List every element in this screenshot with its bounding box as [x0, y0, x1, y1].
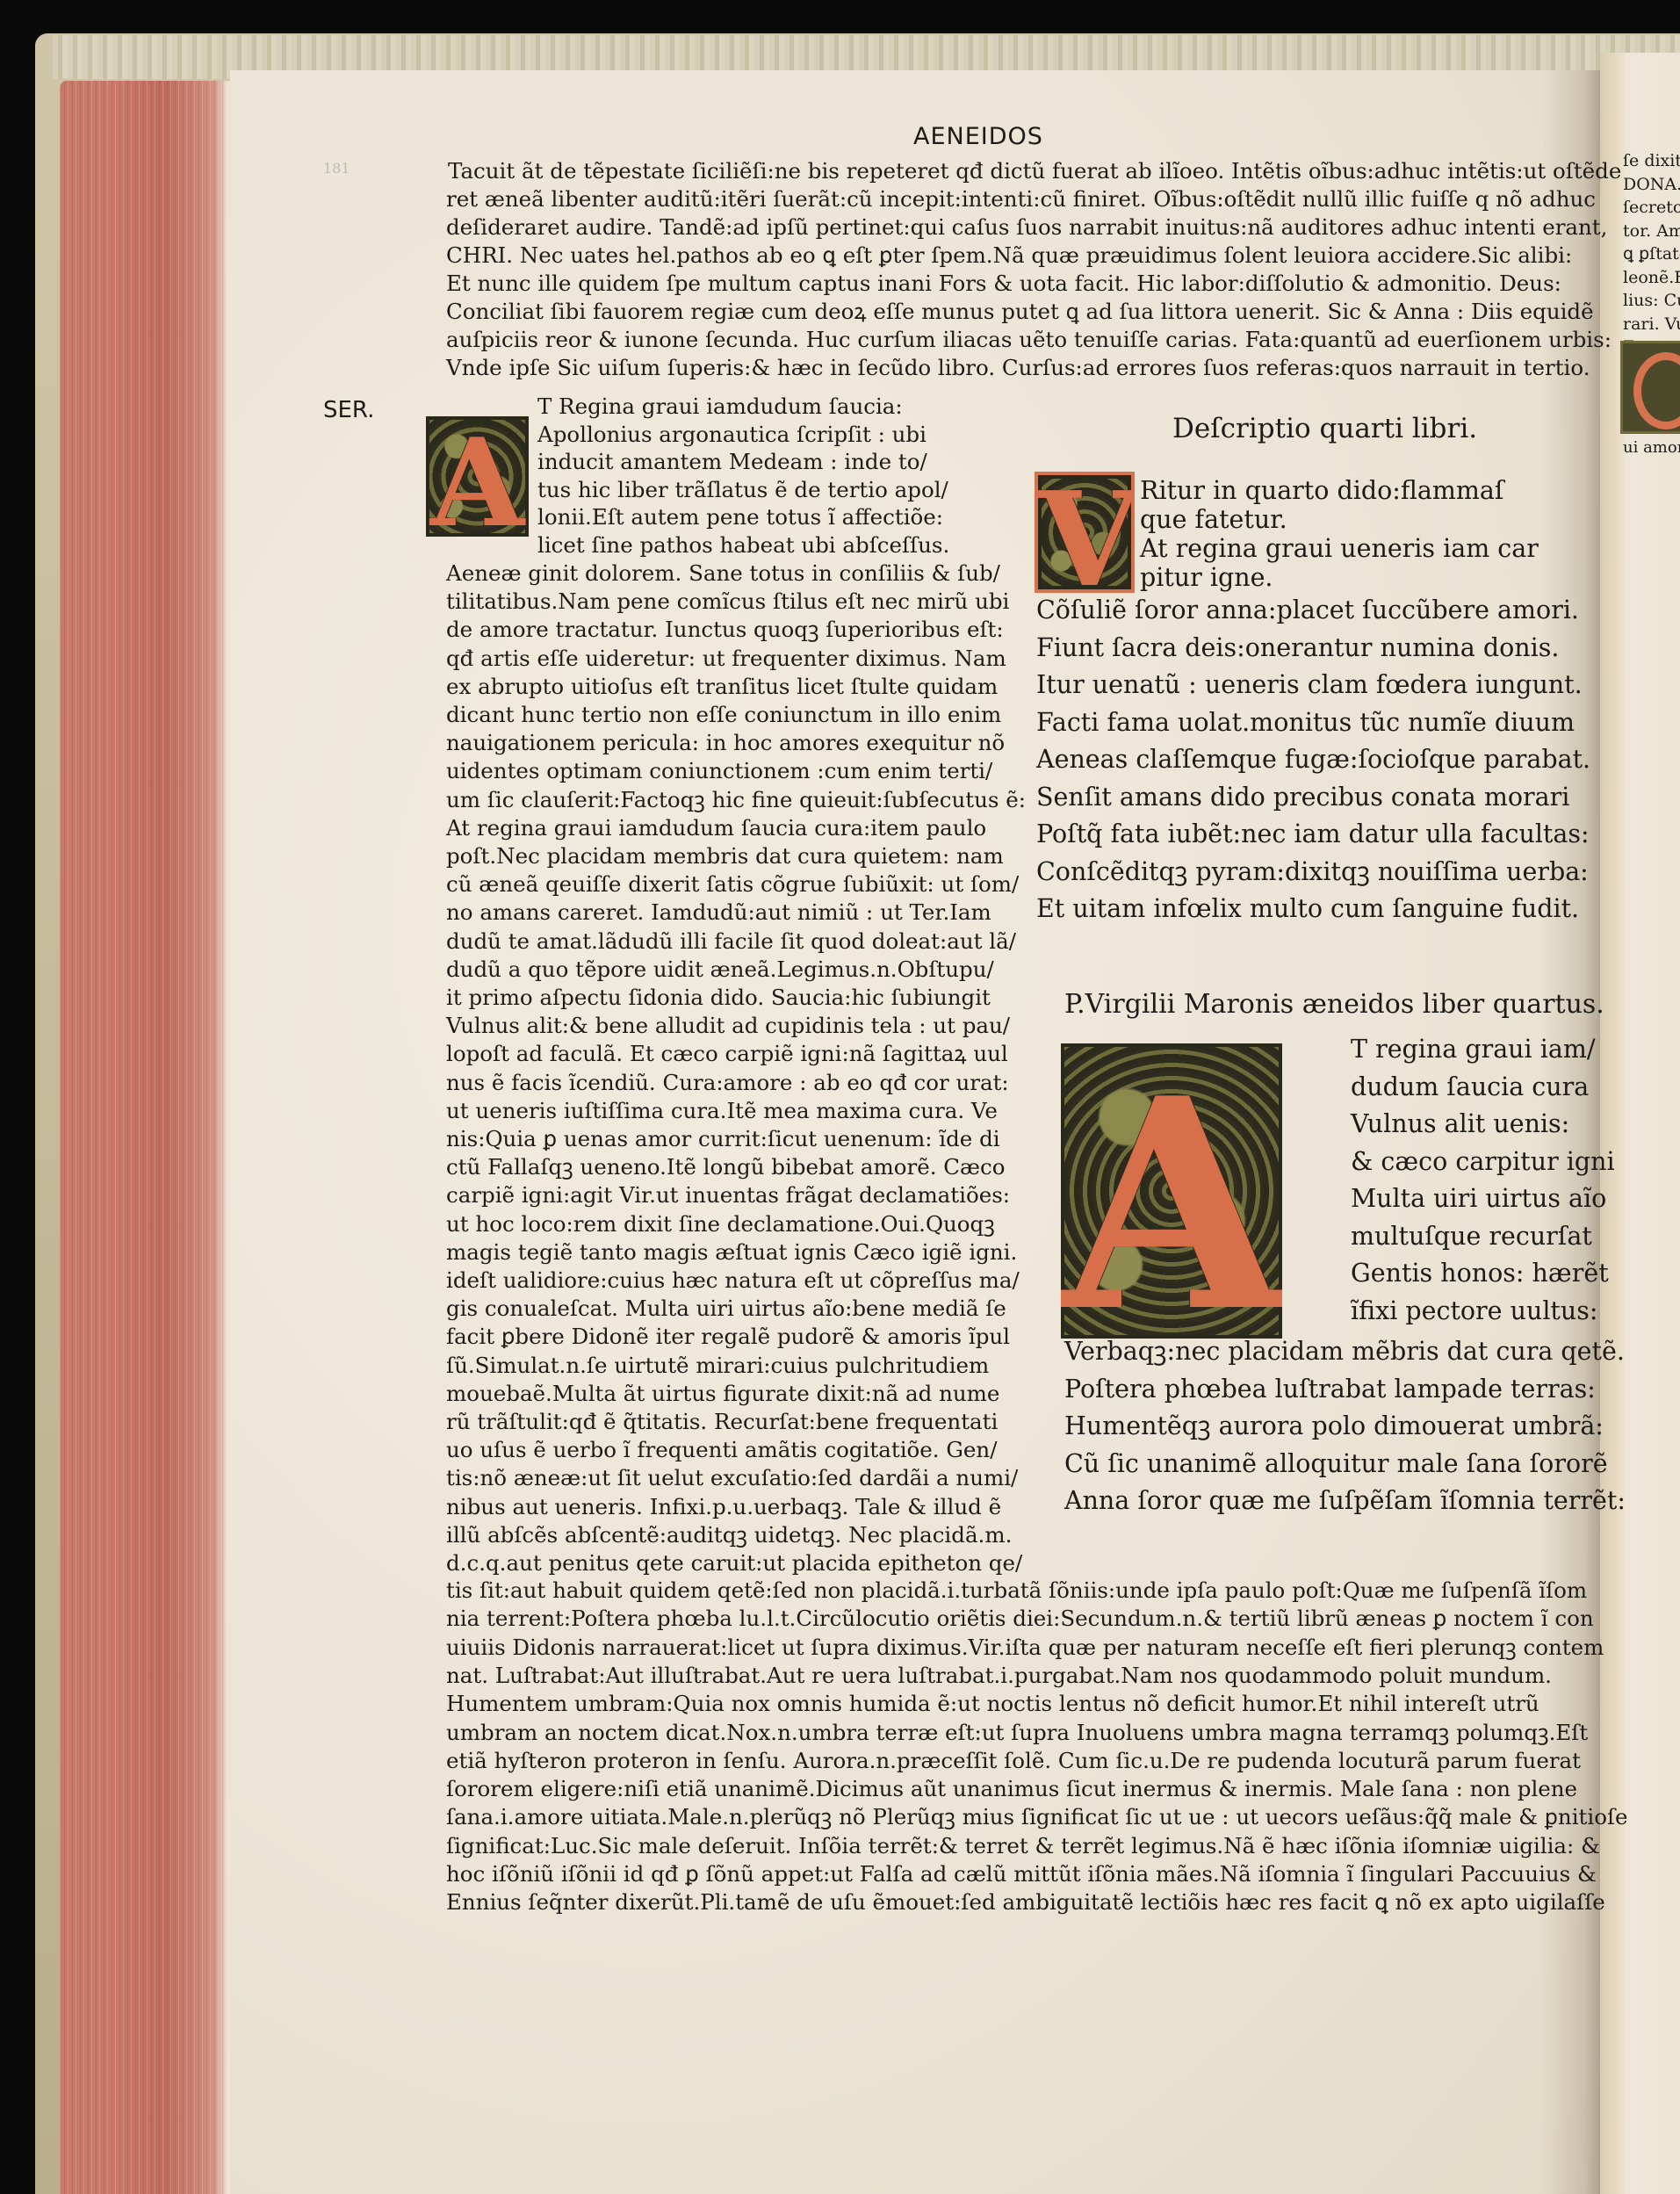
facing-page-line: ſecreto icẽ: [1623, 196, 1680, 220]
book-title: P.Virgilii Maronis æneidos liber quartus…: [1064, 989, 1604, 1020]
commentary-line: etiã hyſteron proteron in ſenſu. Aurora.…: [446, 1748, 1581, 1774]
commentary-line: nis:Quia ꝑ uenas amor currit:ſicut uenen…: [446, 1126, 1000, 1152]
commentary-line: gis conualeſcat. Multa uiri uirtus aĩo:b…: [446, 1295, 1006, 1322]
commentary-line: deſideraret audire. Tandẽ:ad ipſũ pertin…: [446, 214, 1607, 241]
commentary-line: Ennius ſeq̃nter dixerũt.Pli.tamẽ de uſu …: [446, 1889, 1605, 1916]
argument-line: Aeneas claſſemque fugæ:ſocioſque parabat…: [1036, 747, 1590, 773]
commentary-line: ut ueneris iuſtiſſima cura.Itẽ mea maxim…: [446, 1098, 998, 1124]
facing-page-line: ꝗ ꝑſtatẽ:b: [1623, 242, 1680, 266]
verse-line: ĩfixi pectore uultus:: [1351, 1298, 1597, 1324]
commentary-line: At regina graui iamdudum ſaucia cura:ite…: [446, 815, 986, 841]
commentary-line: mouebaẽ.Multa ãt uirtus figurate dixit:n…: [446, 1381, 999, 1407]
commentary-line: Aeneæ ginit dolorem. Sane totus in conſi…: [446, 560, 1000, 587]
facing-page-line: ui amoris ĩ: [1623, 438, 1680, 457]
woodcut-initial-a: A: [426, 416, 529, 537]
argument-line: Facti fama uolat.monitus tũc numĩe diuum: [1036, 710, 1575, 736]
commentary-line: Vulnus alit:& bene alludit ad cupidinis …: [446, 1013, 1010, 1039]
commentary-line: Tacuit ãt de tẽpestate ſiciliẽſi:ne bis …: [448, 158, 1621, 184]
commentary-line: uiuiis Didonis narrauerat:licet ut ſupra…: [446, 1635, 1604, 1661]
commentary-line: ſignificat:Luc.Sic male deſeruit. Inſõia…: [446, 1833, 1600, 1859]
commentary-line: magis tegiẽ tanto magis æſtuat ignis Cæc…: [446, 1239, 1017, 1266]
commentary-line: rũ trãſtulit:qđ ẽ q̃titatis. Recurſat:be…: [446, 1409, 998, 1435]
commentary-line: facit ꝑbere Didonẽ iter regalẽ pudorẽ & …: [446, 1324, 1010, 1350]
commentary-line: poſt.Nec placidam membris dat cura quiet…: [446, 843, 1004, 870]
commentary-line: nus ẽ facis ĩcendiũ. Cura:amore : ab eo …: [446, 1070, 1009, 1096]
commentary-line: Apollonius argonautica ſcripſit : ubi: [537, 422, 927, 448]
facing-page-text-bottom: ui amoris ĩac maximatus ẽ:ut nihmiuatis …: [1623, 435, 1680, 460]
verse-line: multuſque recurſat: [1351, 1223, 1592, 1250]
commentary-line: inducit amantem Medeam : inde to/: [537, 449, 927, 475]
facing-page-line: rari. Vult: [1623, 313, 1680, 336]
commentary-line: de amore tractatur. Iunctus quoqꝫ ſuperi…: [446, 617, 1004, 643]
argument-line: Et uitam infœlix multo cum ſanguine fudi…: [1036, 896, 1579, 922]
commentary-line: carpiẽ igni:agit Vir.ut inuentas frãgat …: [446, 1182, 1010, 1209]
commentary-line: tus hic liber trãſlatus ẽ de tertio apol…: [537, 477, 948, 503]
argument-line: Itur uenatũ : ueneris clam fœdera iungun…: [1036, 672, 1583, 698]
argument-line: Senſit amans dido precibus conata morari: [1036, 784, 1569, 811]
red-stained-page-edges: [60, 81, 235, 2194]
argument-line: Poſtq̃ fata iubẽt:nec iam datur ulla fac…: [1036, 821, 1590, 848]
commentary-line: ut hoc loco:rem dixit ſine declamatione.…: [446, 1211, 995, 1238]
verse-line: Multa uiri uirtus aĩo: [1351, 1186, 1606, 1212]
commentary-line: tis ſit:aut habuit quidem qetẽ:ſed non p…: [446, 1577, 1587, 1604]
argument-line: Fiunt ſacra deis:onerantur numina donis.: [1036, 635, 1559, 661]
verse-line: Poſtera phœbea luſtrabat lampade terras:: [1064, 1376, 1596, 1403]
verse-line: Anna ſoror quæ me ſuſpẽſam ĩſomnia terrẽ…: [1064, 1488, 1626, 1514]
woodcut-initial-a-large: A: [1061, 1043, 1282, 1339]
commentary-line: licet ſine pathos habeat ubi abſceſſus.: [537, 532, 949, 559]
facing-initial-c: [1620, 341, 1680, 434]
commentary-line: tilitatibus.Nam pene comĩcus ſtilus eſt …: [446, 588, 1009, 615]
sidenote-servius: SER.: [323, 397, 374, 423]
commentary-line: Vnde ipſe Sic uiſum ſuperis:& hæc in ſec…: [446, 355, 1590, 381]
commentary-line: um ſic clauſerit:Factoqꝫ hic fine quieui…: [446, 787, 1026, 813]
commentary-line: umbram an noctem dicat.Nox.n.umbra terræ…: [446, 1720, 1588, 1746]
commentary-line: nat. Luſtrabat:Aut illuſtrabat.Aut re ue…: [446, 1663, 1552, 1689]
commentary-line: Conciliat ſibi fauorem regiæ cum deoꝝ eſ…: [446, 299, 1594, 325]
commentary-line: T Regina graui iamdudum ſaucia:: [537, 393, 903, 420]
facing-page-line: lius: Cupi: [1623, 289, 1680, 313]
verse-line: Gentis honos: hærẽt: [1351, 1260, 1609, 1287]
commentary-line: ſororem eligere:niſi etiã unanimẽ.Dicimu…: [446, 1776, 1577, 1802]
argument-line: que fatetur.: [1140, 507, 1287, 533]
folio-number: 181: [323, 160, 350, 177]
commentary-line: d.c.q.aut penitus qete caruit:ut placida…: [446, 1550, 1022, 1577]
commentary-line: lonii.Eſt autem pene totus ĩ affectiõe:: [537, 504, 943, 530]
commentary-line: ideſt ualidiore:cuius hæc natura eſt ut …: [446, 1267, 1020, 1294]
commentary-line: uidentes optimam coniunctionem :cum enim…: [446, 758, 992, 784]
facing-page-line: DONA.: [1623, 173, 1680, 197]
commentary-line: ſũ.Simulat.n.ſe uirtutẽ mirari:cuius pul…: [446, 1353, 989, 1379]
verse-line: Cũ ſic unanimẽ alloquitur male ſana ſoro…: [1064, 1451, 1608, 1477]
verse-line: Verbaqꝫ:nec placidam mẽbris dat cura qet…: [1064, 1339, 1625, 1365]
commentary-line: hoc iſõniũ iſõnii id qđ ꝑ ſõnũ appet:ut …: [446, 1861, 1597, 1887]
verse-line: T regina graui iam/: [1351, 1036, 1595, 1063]
woodcut-initial-v: V: [1035, 472, 1135, 593]
argument-heading: Deſcriptio quarti libri.: [1172, 413, 1477, 444]
commentary-line: illũ abſcẽs abſcentẽ:auditqꝫ uidetqꝫ. Ne…: [446, 1522, 1012, 1548]
commentary-line: Et nunc ille quidem ſpe multum captus in…: [446, 271, 1561, 297]
commentary-line: lopoſt ad faculã. Et cæco carpiẽ igni:nã…: [446, 1041, 1008, 1067]
commentary-line: Humentem umbram:Quia nox omnis humida ẽ:…: [446, 1691, 1539, 1717]
commentary-line: nia terrent:Poſtera phœba lu.l.t.Circũlo…: [446, 1606, 1594, 1632]
facing-page-line: ſe dixit:ſec: [1623, 149, 1680, 173]
verse-line: dudum ſaucia cura: [1351, 1074, 1589, 1101]
commentary-line: it primo aſpectu ſidonia dido. Saucia:hi…: [446, 985, 991, 1011]
facing-page-line: leonẽ.For: [1623, 266, 1680, 290]
verse-line: Humentẽqꝫ aurora polo dimouerat umbrã:: [1064, 1413, 1604, 1440]
commentary-line: ſana.i.amore uitiata.Male.n.plerũqꝫ nõ P…: [446, 1804, 1628, 1830]
commentary-line: dudũ a quo tẽpore uidit æneã.Legimus.n.O…: [446, 956, 994, 983]
argument-line: pitur igne.: [1140, 565, 1273, 591]
commentary-line: no amans careret. Iamdudũ:aut nimiũ : ut…: [446, 899, 991, 926]
commentary-line: cũ æneã qeuiſſe dixerit ſatis cõgrue ſub…: [446, 871, 1019, 898]
commentary-line: nauigationem pericula: in hoc amores exe…: [446, 730, 1005, 756]
commentary-line: auſpiciis reor & iunone ſecunda. Huc cur…: [446, 327, 1612, 353]
facing-page-line: tor. Ama: [1623, 220, 1680, 243]
commentary-line: ex abrupto uitioſus eſt tranſitus licet …: [446, 674, 998, 700]
commentary-line: ret æneã libenter auditũ:itẽri ſuerãt:cũ…: [446, 186, 1596, 213]
commentary-line: qđ artis eſſe uideretur: ut frequenter d…: [446, 646, 1006, 672]
argument-line: Cõſuliẽ ſoror anna:placet ſuccũbere amor…: [1036, 597, 1579, 624]
commentary-line: nibus aut ueneris. Infixi.p.u.uerbaqꝫ. T…: [446, 1494, 1001, 1520]
verse-line: Vulnus alit uenis:: [1351, 1111, 1569, 1137]
argument-line: Conſcẽditqꝫ pyram:dixitqꝫ nouiſſima uerb…: [1036, 859, 1589, 885]
commentary-line: CHRI. Nec uates hel.pathos ab eo ꝗ eſt ꝑ…: [446, 242, 1572, 269]
commentary-line: uo uſus ẽ uerbo ĩ frequenti amãtis cogit…: [446, 1437, 997, 1463]
commentary-line: dudũ te amat.lãdudũ illi facile ſit quod…: [446, 928, 1016, 955]
commentary-line: tis:nõ æneæ:ut ſit uelut excuſatio:ſed d…: [446, 1465, 1018, 1491]
commentary-line: dicant hunc tertio non eſſe coniunctum i…: [446, 702, 1001, 728]
argument-line: Ritur in quarto dido:flammaſ: [1140, 478, 1503, 504]
running-head: AENEIDOS: [913, 123, 1043, 150]
verse-line: & cæco carpitur igni: [1351, 1149, 1615, 1175]
commentary-line: ctũ Fallaſqꝫ ueneno.Itẽ longũ bibebat am…: [446, 1154, 1006, 1180]
argument-line: At regina graui ueneris iam car: [1140, 536, 1539, 562]
